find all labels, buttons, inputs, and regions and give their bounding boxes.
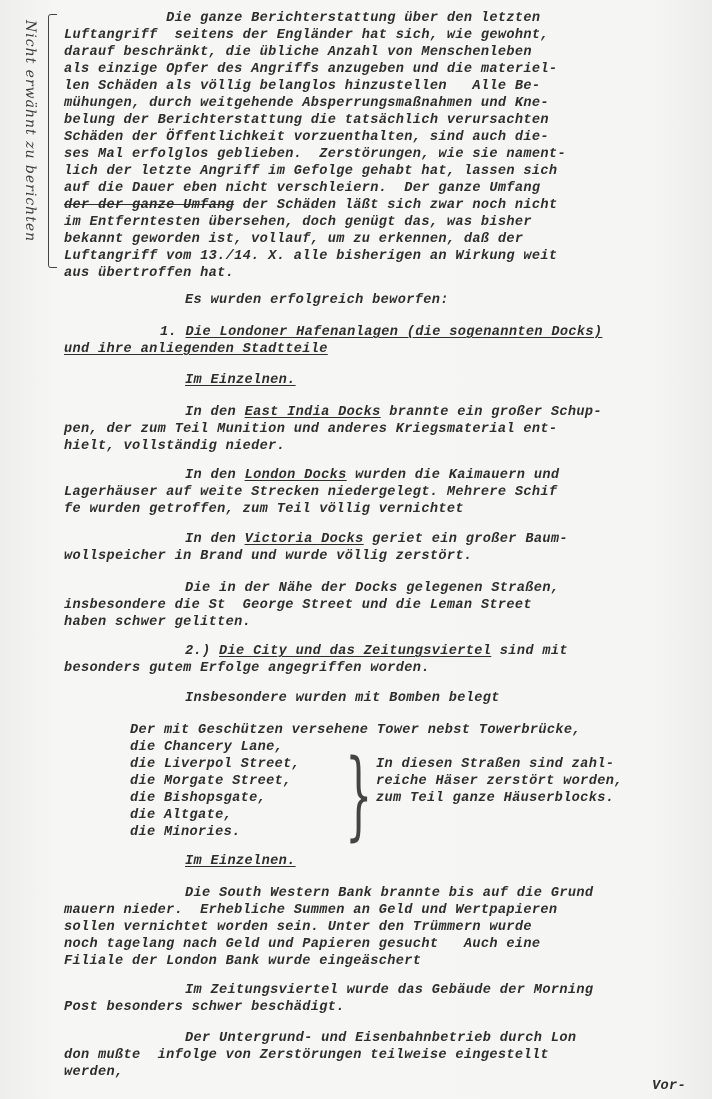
intro-line: Luftangriff seitens der Engländer hat si… [64, 27, 549, 44]
paragraph-line: Lagerhäuser auf weite Strecken niedergel… [64, 484, 557, 501]
streets-note-line: zum Teil ganze Häuserblocks. [376, 790, 614, 807]
continuation-word: Vor- [652, 1078, 686, 1095]
section1-subheading: Im Einzelnen. [185, 372, 296, 389]
intro-line: auf die Dauer eben nicht verschleiern. D… [64, 180, 540, 197]
paragraph-line: sollen vernichtet worden sein. Unter den… [64, 919, 532, 936]
section2-line2: besonders gutem Erfolge angegriffen word… [64, 660, 430, 677]
struck-text: der der ganze Umfang [64, 198, 234, 213]
street-item: die Morgate Street, [130, 773, 292, 790]
intro-line: bekannt geworden ist, vollauf, um zu erk… [64, 231, 523, 248]
intro-line: Schäden der Öffentlichkeit vorzuenthalte… [64, 129, 549, 146]
street-item: die Bishopsgate, [130, 790, 266, 807]
street-item: die Altgate, [130, 807, 232, 824]
intro-line: belung der Berichterstattung die tatsäch… [64, 112, 549, 129]
intro-line: als einzige Opfer des Angriffs anzugeben… [64, 61, 557, 78]
paragraph-line: Filiale der London Bank wurde eingeäsche… [64, 953, 421, 970]
paragraph-line: werden, [64, 1064, 124, 1081]
intro-line: mühungen, durch weitgehende Absperrungsm… [64, 95, 549, 112]
bombs-heading: Insbesondere wurden mit Bomben belegt [185, 690, 500, 707]
intro-line: darauf beschränkt, die übliche Anzahl vo… [64, 44, 532, 61]
paragraph-line: wollspeicher in Brand und wurde völlig z… [64, 548, 472, 565]
streets-note-line: In diesen Straßen sind zahl- [376, 756, 614, 773]
paragraph-line: mauern nieder. Erhebliche Summen an Geld… [64, 902, 557, 919]
paragraph-line: pen, der zum Teil Munition und anderes K… [64, 421, 557, 438]
intro-line: ses Mal erfolglos geblieben. Zerstörunge… [64, 146, 566, 163]
paragraph-london-docks: In den London Docks wurden die Kaimauern… [185, 467, 559, 484]
intro-line: Luftangriff vom 13./14. X. alle bisherig… [64, 248, 557, 265]
street-item: die Minories. [130, 824, 241, 841]
intro-line-struck: der der ganze Umfang der Schäden läßt si… [64, 197, 557, 214]
typewritten-page: Nicht erwähnt zu berichten Die ganze Ber… [0, 0, 712, 1099]
intro-line: lich der letzte Angriff im Gefolge gehab… [64, 163, 557, 180]
intro-line: im Entferntesten übersehen, doch genügt … [64, 214, 532, 231]
section1-title-line2: und ihre anliegenden Stadtteile [64, 341, 328, 358]
paragraph-line: noch tagelang nach Geld und Papieren ges… [64, 936, 540, 953]
paragraph-line: haben schwer gelitten. [64, 614, 251, 631]
streets-note-line: reiche Häser zerstört worden, [376, 773, 623, 790]
bank-paragraph: Die South Western Bank brannte bis auf d… [185, 885, 593, 902]
paragraph-line: insbesondere die St George Street und di… [64, 597, 532, 614]
transit-paragraph: Der Untergrund- und Eisenbahnbetrieb dur… [185, 1030, 576, 1047]
intro-heading: Es wurden erfolgreich beworfen: [185, 292, 449, 309]
paragraph-victoria-docks: In den Victoria Docks geriet ein großer … [185, 531, 568, 548]
margin-bracket [48, 14, 57, 268]
tower-line: Der mit Geschützen versehene Tower nebst… [130, 722, 581, 739]
section1-title: 1. Die Londoner Hafenanlagen (die sogena… [160, 324, 602, 341]
newspaper-paragraph: Im Zeitungsviertel wurde das Gebäude der… [185, 982, 593, 999]
intro-line: len Schäden als völlig belanglos hinzust… [64, 78, 540, 95]
section2-title: 2.) Die City und das Zeitungsviertel sin… [185, 643, 568, 660]
paragraph-line: fe wurden getroffen, zum Teil völlig ver… [64, 501, 464, 518]
paragraph-line: Post besonders schwer beschädigt. [64, 999, 345, 1016]
paragraph-east-india: In den East India Docks brannte ein groß… [185, 404, 602, 421]
paragraph-line: hielt, vollständig nieder. [64, 438, 285, 455]
intro-line: Die ganze Berichterstattung über den let… [64, 10, 540, 27]
curly-brace: } [345, 755, 372, 835]
handwritten-margin-note: Nicht erwähnt zu berichten [14, 20, 38, 270]
street-item: die Liverpol Street, [130, 756, 300, 773]
paragraph-streets: Die in der Nähe der Docks gelegenen Stra… [185, 580, 559, 597]
intro-line: aus übertroffen hat. [64, 265, 234, 282]
paragraph-line: don mußte infolge von Zerstörungen teilw… [64, 1047, 549, 1064]
section2-subheading: Im Einzelnen. [185, 853, 296, 870]
street-item: die Chancery Lane, [130, 739, 283, 756]
